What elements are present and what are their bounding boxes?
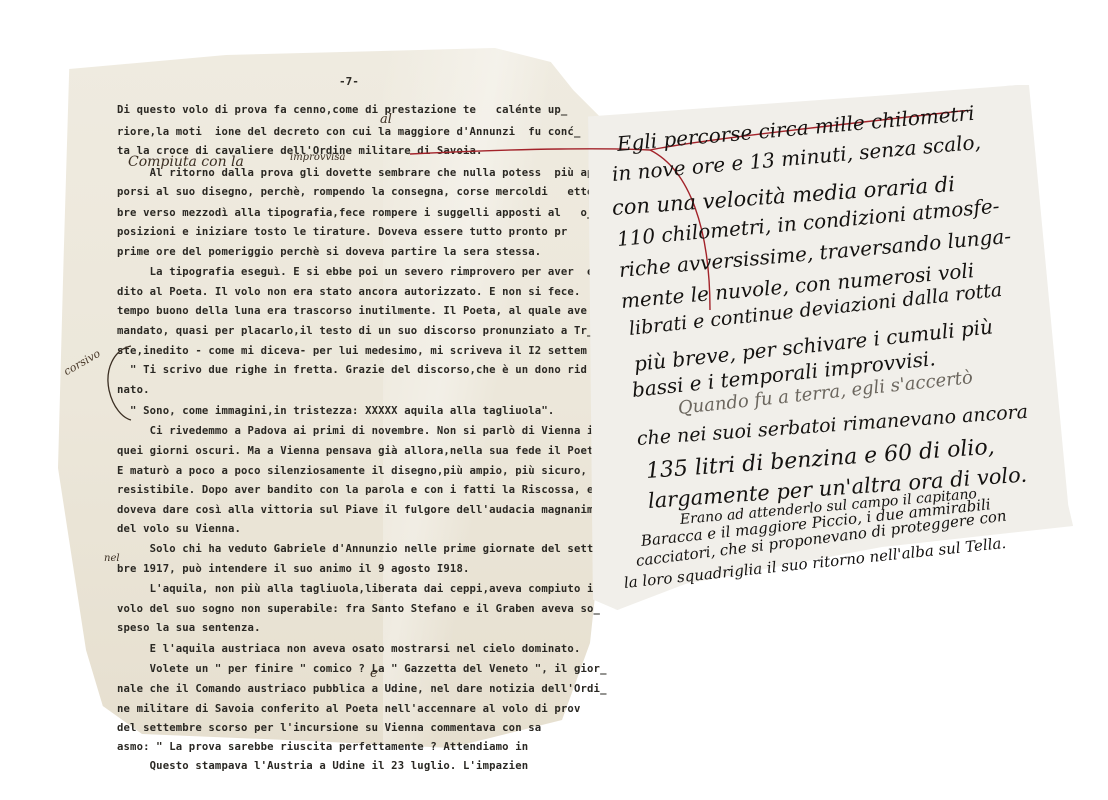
annotation-replacement: Compiuta con la: [128, 154, 244, 170]
typed-line: Di questo volo di prova fa cenno,come di…: [117, 104, 567, 116]
typed-line: L'aquila, non più alla tagliuola,liberat…: [117, 583, 600, 595]
typed-line: nale che il Comando austriaco pubblica a…: [117, 683, 607, 695]
typed-line: ste,inedito - come mi diceva- per lui me…: [117, 345, 587, 357]
typed-line: nato.: [117, 384, 150, 396]
typed-line: La tipografia eseguì. E si ebbe poi un s…: [117, 266, 600, 278]
typed-line: " Ti scrivo due righe in fretta. Grazie …: [117, 364, 587, 376]
typed-line: bre verso mezzodì alla tipografia,fece r…: [117, 207, 594, 219]
typed-line: Ci rivedemmo a Padova ai primi di novemb…: [117, 425, 600, 437]
typed-line: del volo su Vienna.: [117, 523, 241, 535]
typed-line: tempo buono della luna era trascorso inu…: [117, 305, 587, 317]
typed-line: porsi al suo disegno, perchè, rompendo l…: [117, 186, 607, 198]
typed-line: E maturò a poco a poco silenziosamente i…: [117, 465, 613, 477]
typed-line: dito al Poeta. Il volo non era stato anc…: [117, 286, 581, 298]
typed-line: ne militare di Savoia conferito al Poeta…: [117, 703, 581, 715]
typed-line: Solo chi ha veduto Gabriele d'Annunzio n…: [117, 543, 613, 555]
typed-line: Volete un " per finire " comico ? La " G…: [117, 663, 607, 675]
typed-line: mandato, quasi per placarlo,il testo di …: [117, 325, 594, 337]
typed-line: speso la sua sentenza.: [117, 622, 261, 634]
typed-line: " Sono, come immagini,in tristezza: XXXX…: [117, 405, 554, 417]
typed-line: E l'aquila austriaca non aveva osato mos…: [117, 643, 581, 655]
typed-line: doveva dare così alla vittoria sul Piave…: [117, 504, 600, 516]
annotation-al: al: [380, 112, 392, 127]
typed-line: bre 1917, può intendere il suo animo il …: [117, 563, 470, 575]
typed-line: posizioni e iniziare tosto le tirature. …: [117, 226, 567, 238]
typed-line: resistibile. Dopo aver bandito con la pa…: [117, 484, 613, 496]
typed-line: quei giorni oscuri. Ma a Vienna pensava …: [117, 445, 607, 457]
typed-line: volo del suo sogno non superabile: fra S…: [117, 603, 600, 615]
typed-line: prime ore del pomeriggio perchè si dovev…: [117, 246, 541, 258]
typed-line: asmo: " La prova sarebbe riuscita perfet…: [117, 741, 528, 753]
typed-line: del settembre scorso per l'incursione su…: [117, 722, 541, 734]
typed-line: Questo stampava l'Austria a Udine il 23 …: [117, 760, 528, 772]
typed-line: riore,la moti ione del decreto con cui l…: [117, 126, 581, 138]
annotation-nel: nel: [104, 553, 120, 564]
page-number: -7-: [339, 75, 359, 88]
annotation-insert: improvvisa: [290, 152, 345, 163]
annotation-e: e: [370, 666, 378, 681]
